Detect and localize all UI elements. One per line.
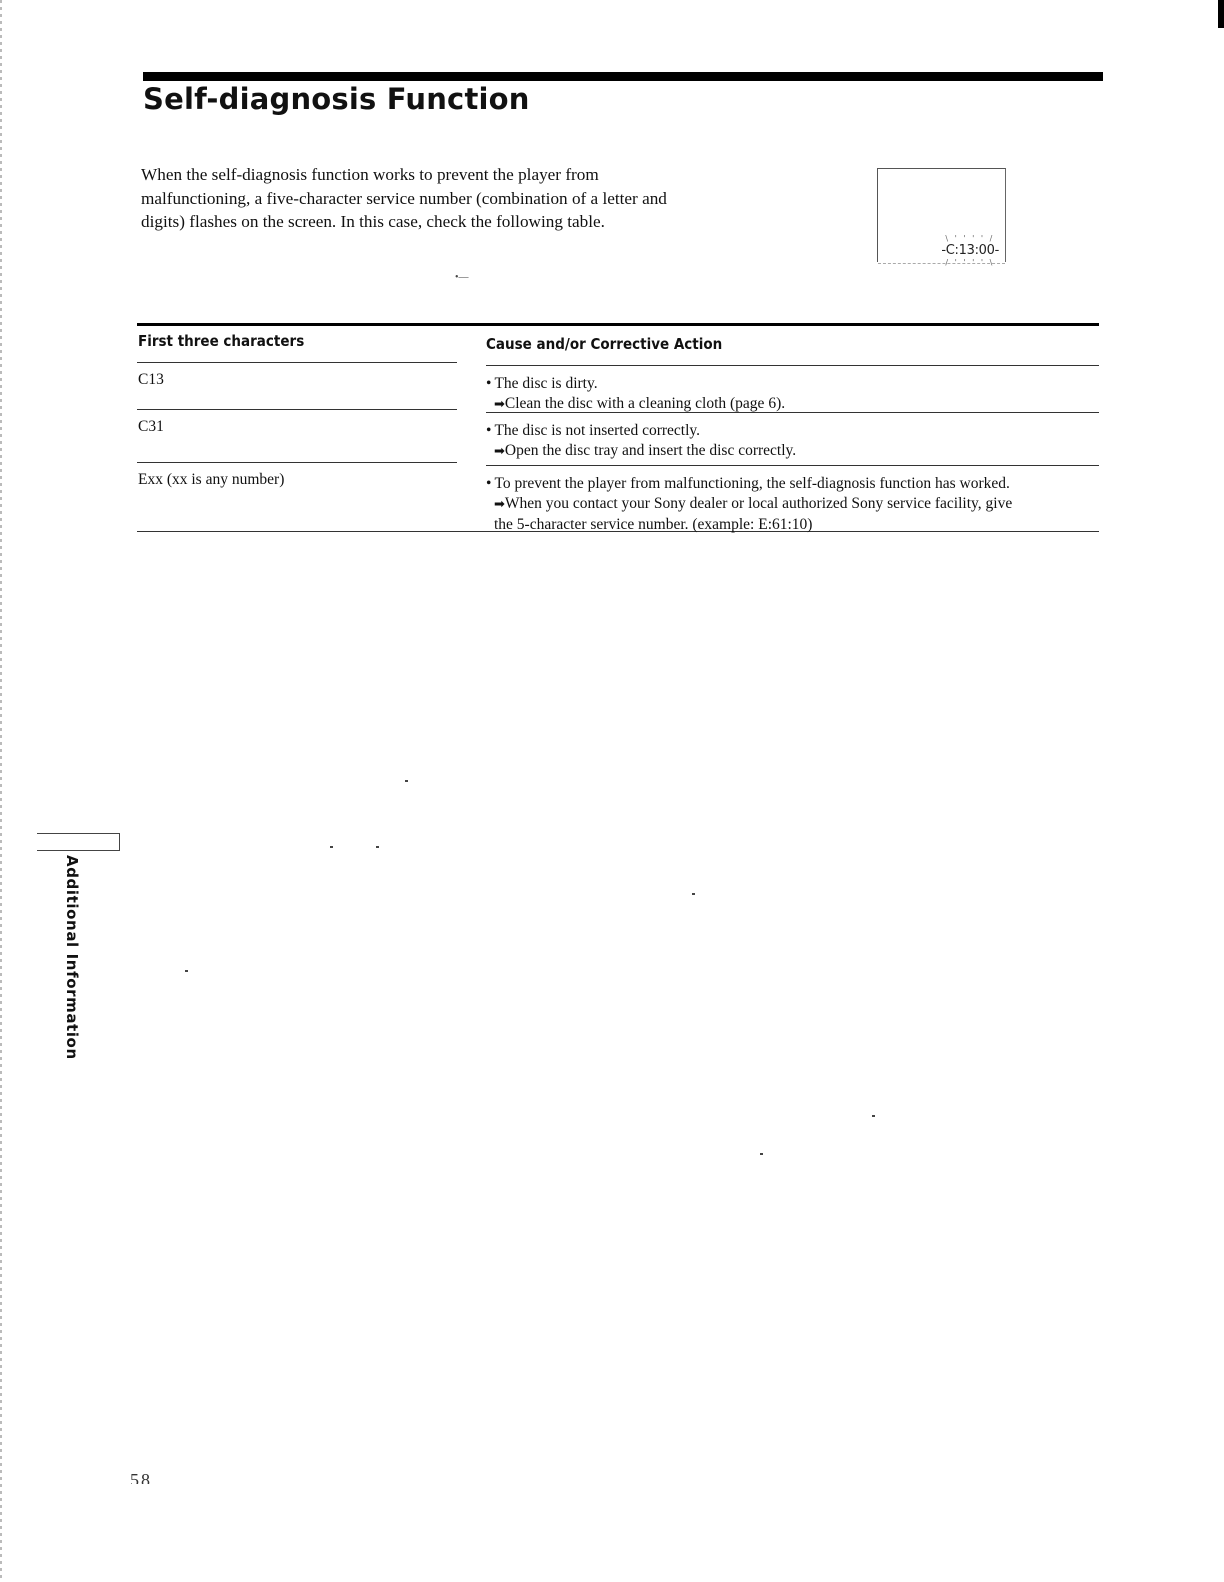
cause-text: The disc is not inserted correctly. bbox=[486, 421, 796, 441]
remedy-text: Open the disc tray and insert the disc c… bbox=[505, 442, 796, 459]
page-title: Self-diagnosis Function bbox=[143, 82, 530, 116]
tv-screen-illustration: \ ' ' ' ' / -C:13:00- / ' ' ' ' \ bbox=[877, 168, 1006, 262]
page-edge-scan-artifact bbox=[0, 0, 2, 1582]
title-rule bbox=[143, 72, 1103, 81]
service-number-table: First three characters Cause and/or Corr… bbox=[137, 323, 1099, 532]
remedy-line: ➡When you contact your Sony dealer or lo… bbox=[486, 494, 1012, 515]
header-first-three-characters: First three characters bbox=[138, 332, 304, 350]
scan-speck bbox=[185, 970, 188, 972]
service-code: C13 bbox=[138, 370, 164, 390]
service-number-readout: -C:13:00- bbox=[941, 243, 999, 258]
section-tab-label: Additional Information bbox=[63, 855, 81, 1060]
flash-rays-icon: \ ' ' ' ' / bbox=[945, 234, 994, 243]
scan-speck bbox=[760, 1153, 763, 1155]
arrow-right-icon: ➡ bbox=[494, 442, 505, 462]
section-tab-marker bbox=[37, 833, 120, 851]
cause-text: To prevent the player from malfunctionin… bbox=[486, 474, 1012, 494]
flashing-display-icon: \ ' ' ' ' / -C:13:00- / ' ' ' ' \ bbox=[941, 243, 999, 258]
header-cause-action: Cause and/or Corrective Action bbox=[486, 335, 722, 353]
scan-speck bbox=[376, 846, 379, 848]
scan-speck bbox=[330, 846, 333, 848]
scan-speck bbox=[692, 893, 695, 895]
scan-mark: •— bbox=[455, 272, 469, 283]
remedy-text-continued: the 5-character service number. (example… bbox=[486, 515, 1012, 535]
cause-text: The disc is dirty. bbox=[486, 374, 785, 394]
arrow-right-icon: ➡ bbox=[494, 495, 505, 515]
flash-rays-icon: / ' ' ' ' \ bbox=[945, 258, 994, 267]
page-number: 58 bbox=[130, 1470, 152, 1484]
cause-action-cell: The disc is not inserted correctly. ➡Ope… bbox=[486, 421, 796, 462]
intro-line: malfunctioning, a five-character service… bbox=[141, 187, 751, 211]
service-code: Exx (xx is any number) bbox=[138, 470, 284, 490]
cause-action-cell: To prevent the player from malfunctionin… bbox=[486, 474, 1012, 535]
intro-paragraph: When the self-diagnosis function works t… bbox=[141, 163, 751, 234]
table-row: Exx (xx is any number) To prevent the pl… bbox=[137, 463, 1099, 531]
table-row: C31 The disc is not inserted correctly. … bbox=[137, 410, 1099, 462]
scan-speck bbox=[405, 780, 408, 782]
table-row: C13 The disc is dirty. ➡Clean the disc w… bbox=[137, 363, 1099, 409]
remedy-line: ➡Open the disc tray and insert the disc … bbox=[486, 441, 796, 462]
intro-line: digits) flashes on the screen. In this c… bbox=[141, 210, 751, 234]
scan-speck bbox=[872, 1115, 875, 1117]
page-edge-mark bbox=[1218, 0, 1224, 28]
service-code: C31 bbox=[138, 417, 164, 437]
intro-line: When the self-diagnosis function works t… bbox=[141, 163, 751, 187]
remedy-text: When you contact your Sony dealer or loc… bbox=[505, 495, 1012, 512]
table-header-row: First three characters Cause and/or Corr… bbox=[137, 326, 1099, 362]
